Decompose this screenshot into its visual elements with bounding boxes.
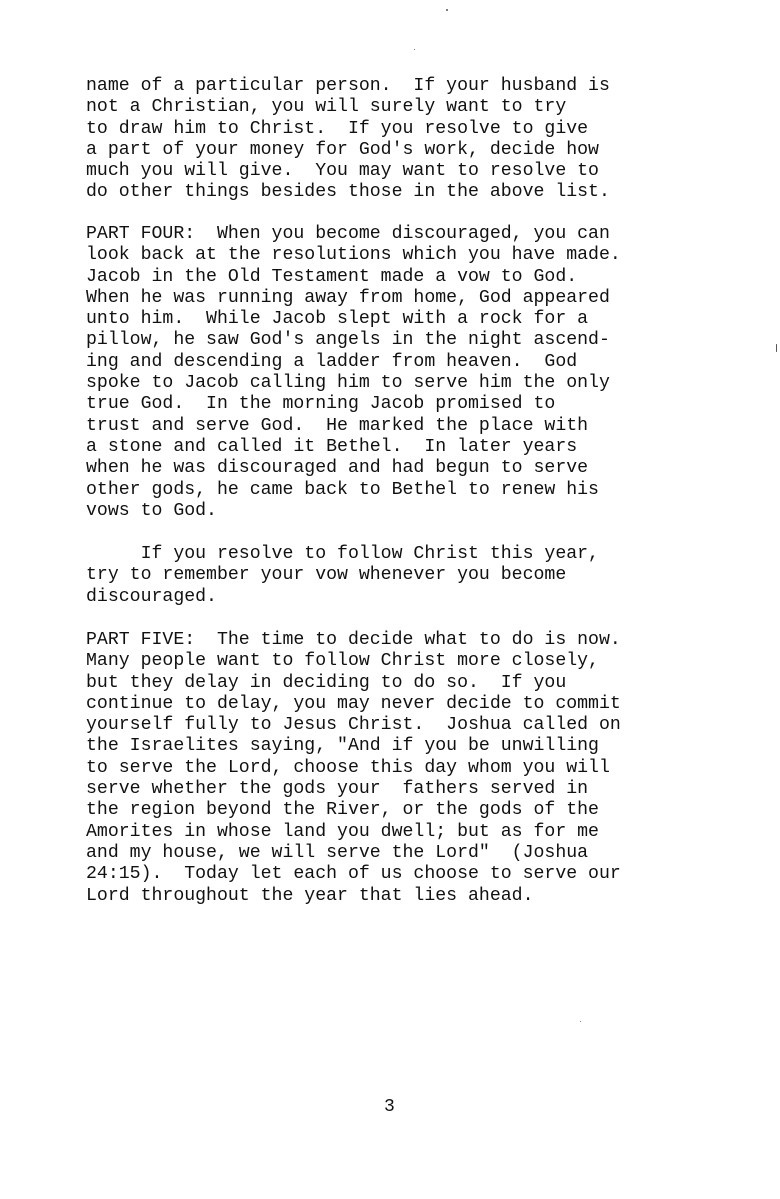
document-page: name of a particular person. If your hus… — [0, 0, 780, 1199]
scan-speck — [446, 9, 448, 11]
scan-speck — [580, 1021, 581, 1022]
scan-speck — [414, 49, 415, 50]
paragraph-closing-part-three: name of a particular person. If your hus… — [86, 76, 746, 204]
paragraph-part-four: PART FOUR: When you become discouraged, … — [86, 224, 746, 522]
scan-speck — [776, 344, 777, 352]
paragraph-part-five: PART FIVE: The time to decide what to do… — [86, 630, 746, 907]
paragraph-part-four-continued: If you resolve to follow Christ this yea… — [86, 544, 746, 608]
page-number: 3 — [384, 1097, 395, 1117]
